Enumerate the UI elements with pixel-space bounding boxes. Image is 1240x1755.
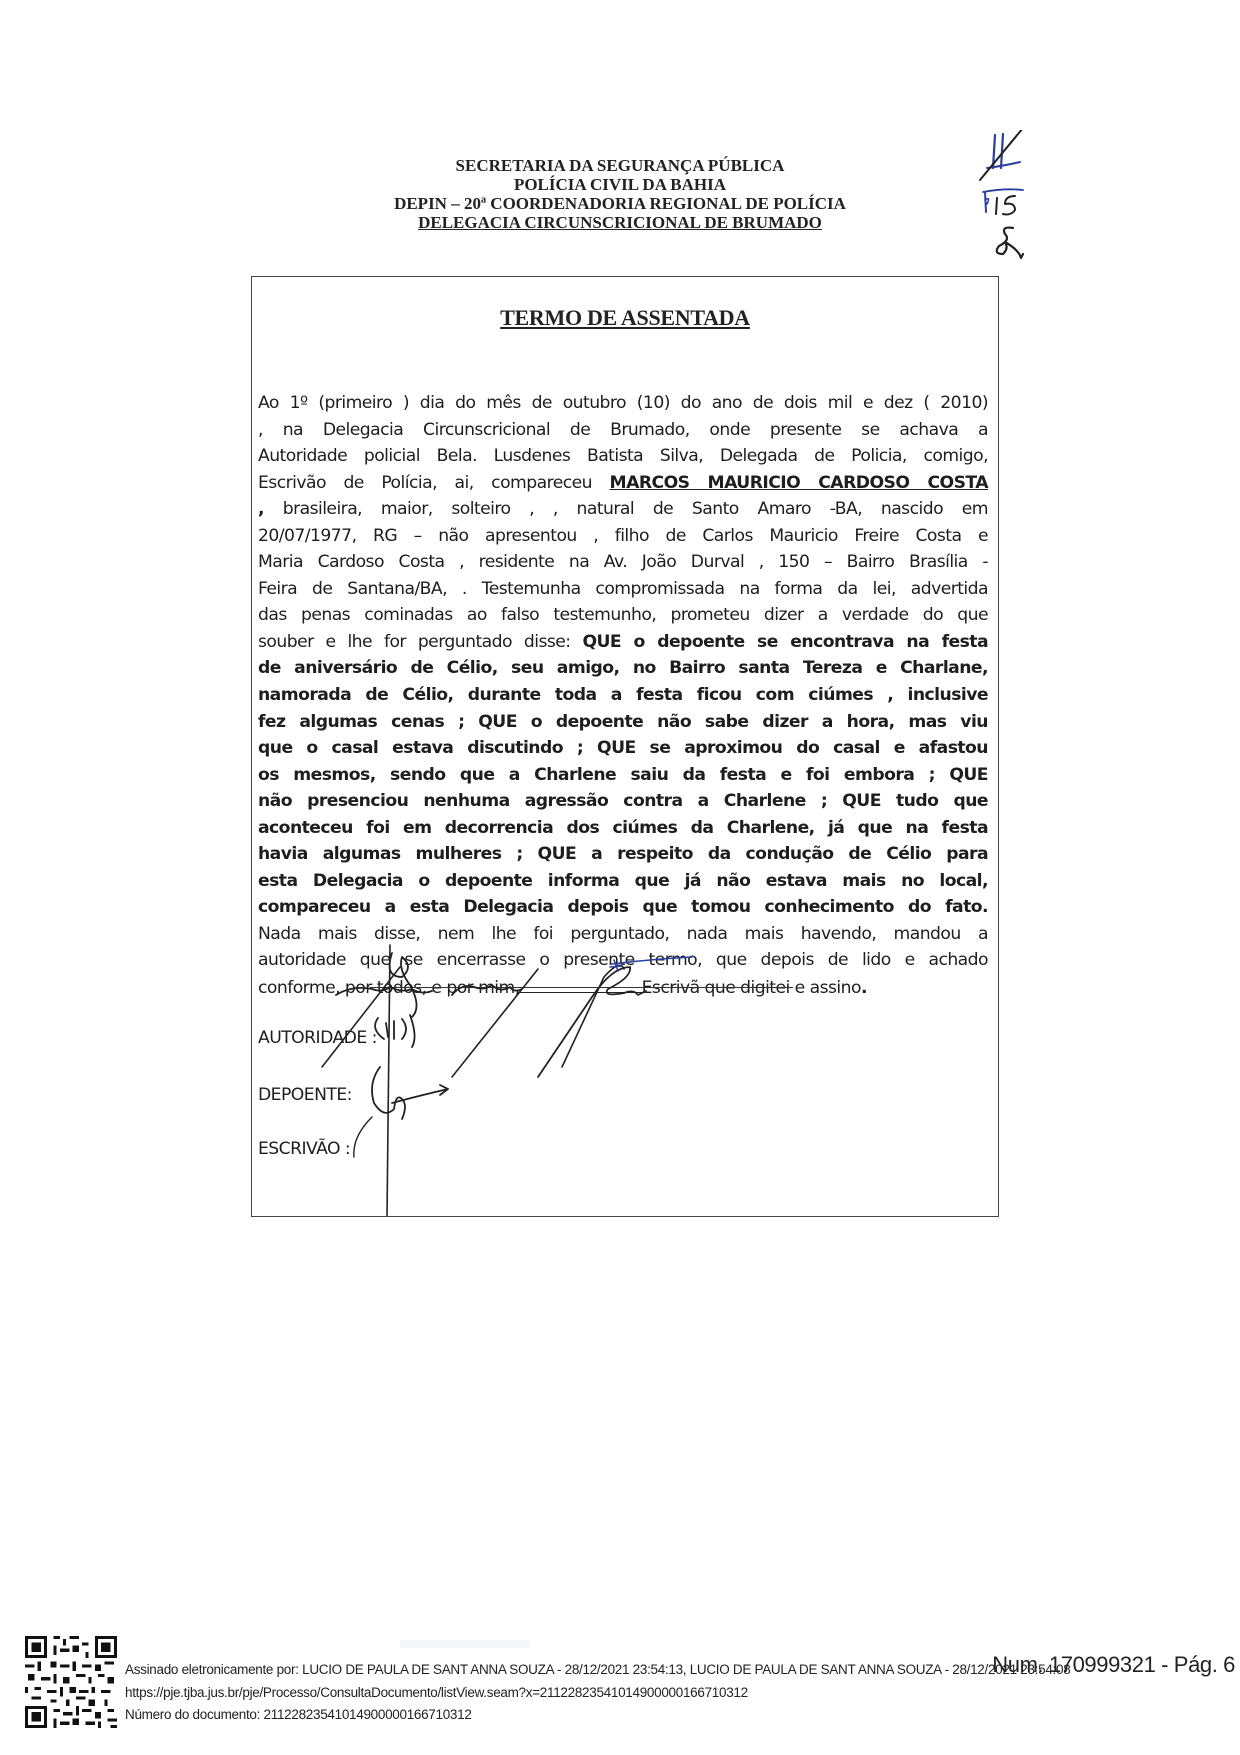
body-text-segment: , na Delegacia Circunscricional de Bruma… xyxy=(258,420,988,440)
body-line: compareceu a esta Delegacia depois que t… xyxy=(258,894,988,921)
body-line: aconteceu foi em decorrencia dos ciúmes … xyxy=(258,815,988,842)
body-text-segment: Escrivão de Polícia, ai, compareceu xyxy=(258,473,610,493)
label-autoridade: AUTORIDADE : xyxy=(258,1028,377,1048)
body-text-segment: os mesmos, sendo que a Charlene saiu da … xyxy=(258,765,988,785)
body-text-segment: Maria Cardoso Costa , residente na Av. J… xyxy=(258,552,988,572)
closing-text: conforme, por todos, e por mim, xyxy=(258,978,520,998)
escriva-signature-blank xyxy=(520,974,642,993)
body-text-segment: souber e lhe for perguntado disse: xyxy=(258,632,582,652)
body-line: não presenciou nenhuma agressão contra a… xyxy=(258,788,988,815)
body-text-segment: de aniversário de Célio, seu amigo, no B… xyxy=(258,658,988,678)
testimony-body: Ao 1º (primeiro ) dia do mês de outubro … xyxy=(258,390,988,1001)
label-escrivao: ESCRIVÃO : xyxy=(258,1139,350,1159)
body-line: , na Delegacia Circunscricional de Bruma… xyxy=(258,417,988,444)
body-line: esta Delegacia o depoente informa que já… xyxy=(258,868,988,895)
qr-code-icon[interactable] xyxy=(25,1635,117,1729)
body-line: que o casal estava discutindo ; QUE se a… xyxy=(258,735,988,762)
body-text-segment: compareceu a esta Delegacia depois que t… xyxy=(258,897,988,917)
body-line: Maria Cardoso Costa , residente na Av. J… xyxy=(258,549,988,576)
termo-box: TERMO DE ASSENTADA Ao 1º (primeiro ) dia… xyxy=(251,276,999,1217)
body-line: Autoridade policial Bela. Lusdenes Batis… xyxy=(258,443,988,470)
body-text-segment: brasileira, maior, solteiro , , natural … xyxy=(264,499,988,519)
body-line: namorada de Célio, durante toda a festa … xyxy=(258,682,988,709)
body-line: de aniversário de Célio, seu amigo, no B… xyxy=(258,655,988,682)
body-text-segment: fez algumas cenas ; QUE o depoente não s… xyxy=(258,712,988,732)
body-line: das penas cominadas ao falso testemunho,… xyxy=(258,602,988,629)
deponent-name: MARCOS MAURICIO CARDOSO COSTA xyxy=(610,473,988,493)
body-line: souber e lhe for perguntado disse: QUE o… xyxy=(258,629,988,656)
signed-by-text: Assinado eletronicamente por: LUCIO DE P… xyxy=(125,1659,1070,1682)
body-line: autoridade que se encerrasse o presente … xyxy=(258,947,988,974)
document-number-text: Número do documento: 2112282354101490000… xyxy=(125,1704,1070,1727)
body-text-segment: que o casal estava discutindo ; QUE se a… xyxy=(258,738,988,758)
body-text-segment: havia algumas mulheres ; QUE a respeito … xyxy=(258,844,988,864)
handwritten-margin-notes xyxy=(975,130,1055,270)
body-text-segment: namorada de Célio, durante toda a festa … xyxy=(258,685,988,705)
body-text-segment: Ao 1º (primeiro ) dia do mês de outubro … xyxy=(258,393,988,413)
body-line: fez algumas cenas ; QUE o depoente não s… xyxy=(258,709,988,736)
body-text-segment: QUE o depoente se encontrava na festa xyxy=(582,632,988,652)
body-line: havia algumas mulheres ; QUE a respeito … xyxy=(258,841,988,868)
body-text-segment: 20/07/1977, RG – não apresentou , filho … xyxy=(258,526,988,546)
closing-period: . xyxy=(861,978,867,998)
body-line: os mesmos, sendo que a Charlene saiu da … xyxy=(258,762,988,789)
body-text-segment: autoridade que se encerrasse o presente … xyxy=(258,950,988,970)
document-url-link[interactable]: https://pje.tjba.jus.br/pje/Processo/Con… xyxy=(125,1682,1070,1705)
num-page-indicator: Num. 170999321 - Pág. 6 xyxy=(992,1652,1235,1678)
body-line: , brasileira, maior, solteiro , , natura… xyxy=(258,496,988,523)
body-line: Ao 1º (primeiro ) dia do mês de outubro … xyxy=(258,390,988,417)
body-text-segment: das penas cominadas ao falso testemunho,… xyxy=(258,605,988,625)
document-title: TERMO DE ASSENTADA xyxy=(252,305,998,331)
body-line: 20/07/1977, RG – não apresentou , filho … xyxy=(258,523,988,550)
body-text-segment: Feira de Santana/BA, . Testemunha compro… xyxy=(258,579,988,599)
closing-text-end: Escrivã que digitei e assino xyxy=(642,978,861,998)
body-text-segment: esta Delegacia o depoente informa que já… xyxy=(258,871,988,891)
scan-artifact xyxy=(400,1640,530,1648)
label-depoente: DEPOENTE: xyxy=(258,1085,352,1105)
body-line: Escrivão de Polícia, ai, compareceu MARC… xyxy=(258,470,988,497)
body-text-segment: aconteceu foi em decorrencia dos ciúmes … xyxy=(258,818,988,838)
depoente-signature-line xyxy=(370,987,793,988)
signature-footer: Assinado eletronicamente por: LUCIO DE P… xyxy=(125,1659,1070,1727)
body-text-segment: Autoridade policial Bela. Lusdenes Batis… xyxy=(258,446,988,466)
body-text-segment: Nada mais disse, nem lhe foi perguntado,… xyxy=(258,924,988,944)
body-text-segment: não presenciou nenhuma agressão contra a… xyxy=(258,791,988,811)
body-line: Nada mais disse, nem lhe foi perguntado,… xyxy=(258,921,988,948)
body-line: Feira de Santana/BA, . Testemunha compro… xyxy=(258,576,988,603)
